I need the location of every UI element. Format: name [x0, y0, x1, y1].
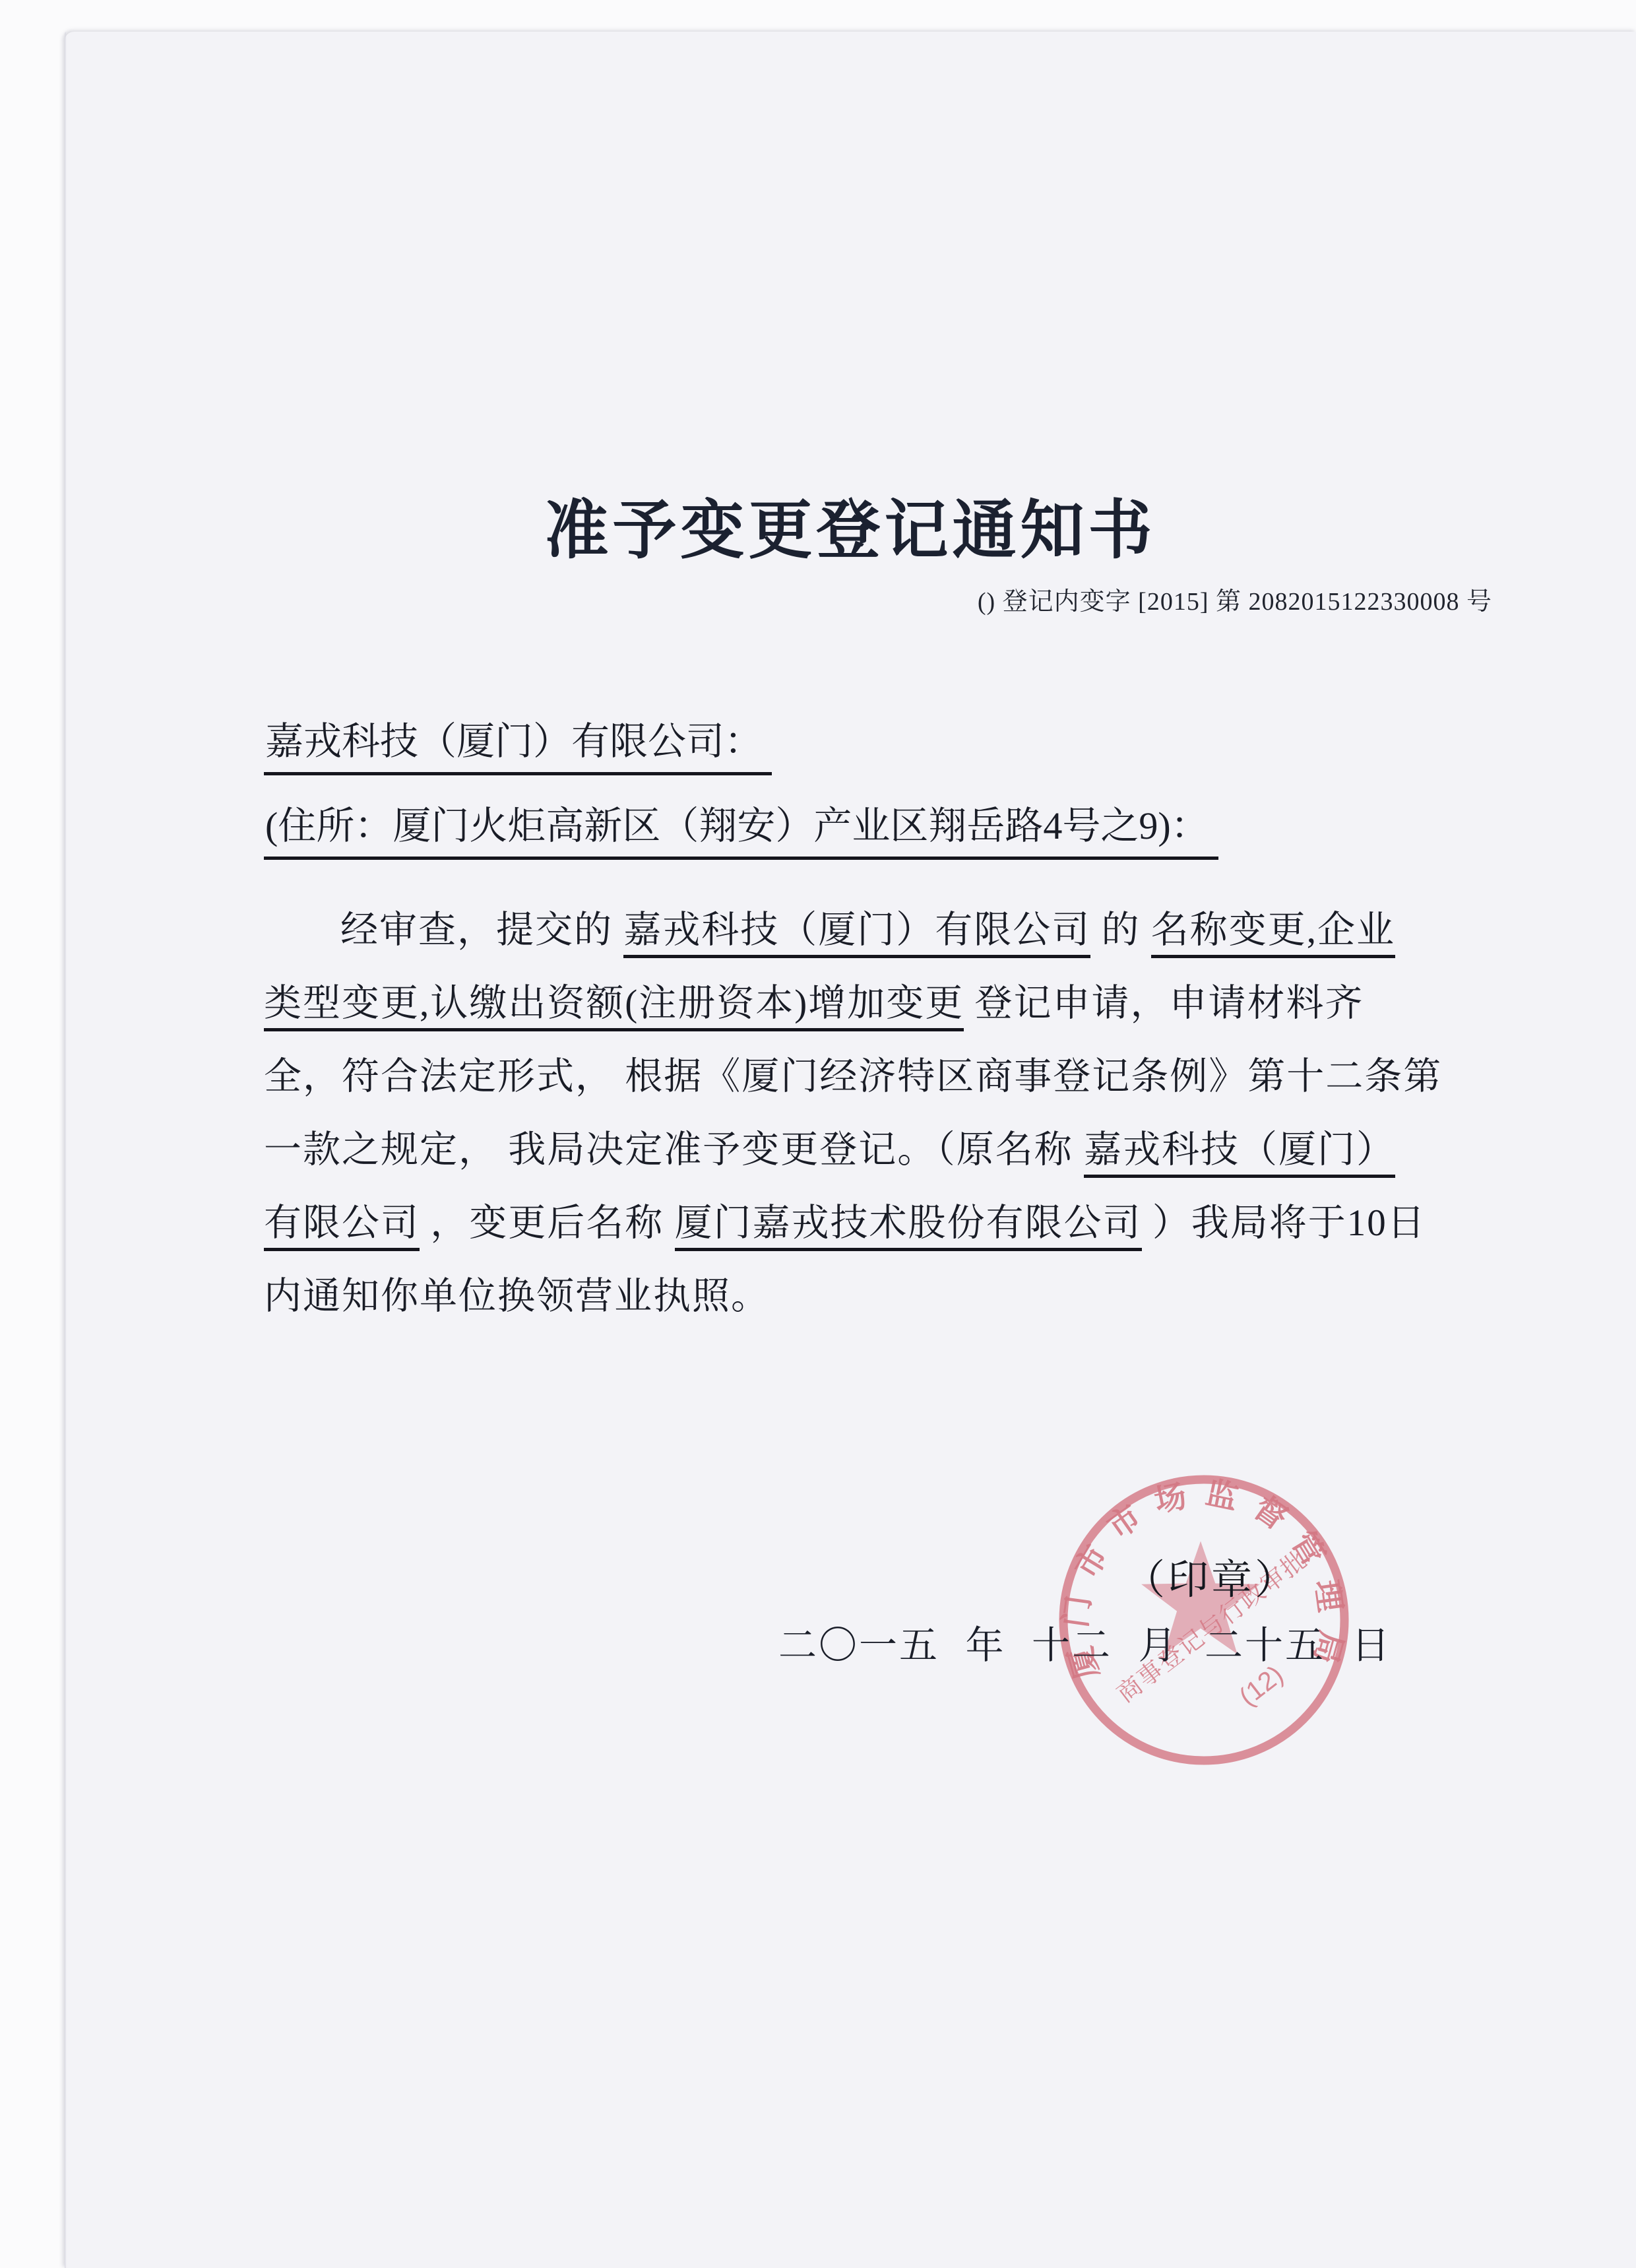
- body-line: 有限公司 ，变更后名称 厦门嘉戎技术股份有限公司 ）我局将于10日: [264, 1186, 1504, 1260]
- body-line: 经审查，提交的 嘉戎科技（厦门）有限公司 的 名称变更,企业: [264, 893, 1504, 967]
- recipient-address: (住所：厦门火炬高新区（翔安）产业区翔岳路4号之9)：: [264, 794, 1218, 860]
- text-segment: 经审查，提交的: [340, 909, 623, 951]
- document-number: () 登记内变字 [2015] 第 2082015122330008 号: [978, 581, 1492, 617]
- text-segment: 登记申请，申请材料齐: [964, 983, 1364, 1024]
- document-title: 准予变更登记通知书: [65, 478, 1636, 571]
- text-segment: ，变更后名称: [420, 1202, 675, 1244]
- underlined-text-segment: 嘉戎科技（厦门）有限公司: [623, 909, 1090, 958]
- underlined-text-segment: 厦门嘉戎技术股份有限公司: [675, 1202, 1142, 1251]
- body-line: 一款之规定， 我局决定准予变更登记。（原名称 嘉戎科技（厦门）: [264, 1113, 1504, 1186]
- underlined-text-segment: 类型变更,认缴出资额(注册资本)增加变更: [264, 983, 964, 1031]
- issue-date: 二〇一五 年 十二 月 二十五 日: [778, 1614, 1392, 1669]
- seal-placeholder-label: （印章）: [1112, 1547, 1310, 1605]
- underlined-text-segment: 有限公司: [264, 1202, 420, 1251]
- text-segment: 的: [1090, 909, 1151, 951]
- text-segment: 一款之规定， 我局决定准予变更登记。（原名称: [264, 1129, 1084, 1171]
- body-line: 全，符合法定形式， 根据《厦门经济特区商事登记条例》第十二条第: [264, 1040, 1504, 1113]
- underlined-text-segment: 嘉戎科技（厦门）: [1084, 1129, 1395, 1178]
- text-segment: ）我局将于10日: [1142, 1202, 1426, 1244]
- scanned-document-page: 准予变更登记通知书 () 登记内变字 [2015] 第 208201512233…: [65, 32, 1636, 2268]
- body-paragraph: 经审查，提交的 嘉戎科技（厦门）有限公司 的 名称变更,企业类型变更,认缴出资额…: [264, 893, 1504, 1333]
- body-line: 内通知你单位换领营业执照。: [264, 1260, 1504, 1333]
- underlined-text-segment: 名称变更,企业: [1151, 909, 1395, 958]
- text-segment: 全，符合法定形式， 根据《厦门经济特区商事登记条例》第十二条第: [264, 1056, 1442, 1097]
- body-line: 类型变更,认缴出资额(注册资本)增加变更 登记申请，申请材料齐: [264, 967, 1504, 1040]
- recipient-company-name: 嘉戎科技（厦门）有限公司：: [264, 710, 772, 775]
- text-segment: 内通知你单位换领营业执照。: [264, 1276, 770, 1317]
